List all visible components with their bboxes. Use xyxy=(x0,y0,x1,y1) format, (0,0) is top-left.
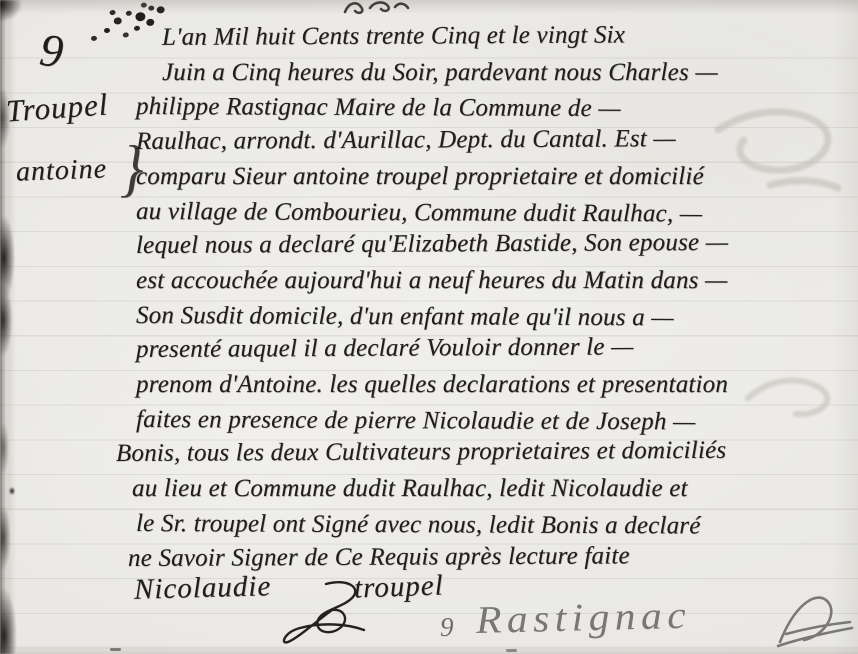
manuscript-page: 9 Troupel antoine } L'an Mil huit Cents … xyxy=(0,0,858,654)
signature-rastignac: Rastignac xyxy=(475,593,691,643)
margin-firstname: antoine xyxy=(15,153,107,188)
act-text: L'an Mil huit Cents trente Cinq et le vi… xyxy=(136,21,728,576)
manuscript-line: Juin a Cinq heures du Soir, pardevant no… xyxy=(136,56,728,91)
signature-troupel: troupel xyxy=(353,569,444,605)
manuscript-line: lequel nous a declaré qu'Elizabeth Basti… xyxy=(136,226,728,264)
manuscript-line: est accouchée aujourd'hui a neuf heures … xyxy=(136,264,728,299)
paraphe-flourish-rastignac xyxy=(772,588,856,652)
margin-surname: Troupel xyxy=(5,86,110,129)
ink-scribble xyxy=(340,0,414,18)
signature-nicolaudie: Nicolaudie xyxy=(134,570,272,607)
manuscript-line: L'an Mil huit Cents trente Cinq et le vi… xyxy=(136,18,728,56)
manuscript-line: au lieu et Commune dudit Raulhac, ledit … xyxy=(132,472,728,507)
bleedthrough-mark xyxy=(740,368,850,428)
manuscript-line: comparu Sieur antoine troupel proprietai… xyxy=(136,160,728,195)
signature-rastignac-initial: 9 xyxy=(440,612,454,643)
margin-act-number: 9 xyxy=(37,23,66,78)
manuscript-line: Raulhac, arrondt. d'Aurillac, Dept. du C… xyxy=(136,122,728,160)
bottom-edge-marks xyxy=(110,648,121,651)
manuscript-line: presenté auquel il a declaré Vouloir don… xyxy=(136,330,728,368)
ink-splatter xyxy=(104,28,111,34)
manuscript-line: prenom d'Antoine. les quelles declaratio… xyxy=(136,368,728,403)
manuscript-line: Bonis, tous les deux Cultivateurs propri… xyxy=(116,434,728,472)
